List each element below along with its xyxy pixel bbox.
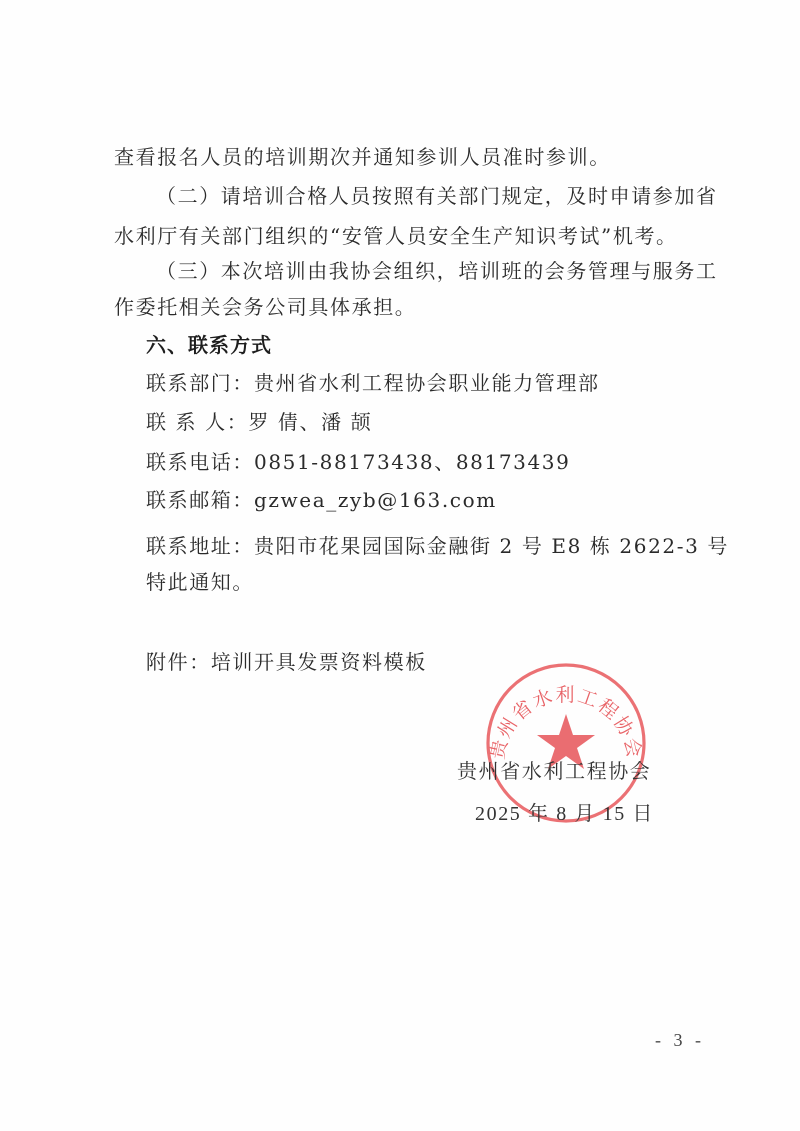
attachment-label: 附件： [146,650,211,674]
contact-person: 联 系 人：罗 倩、潘 颉 [146,410,372,434]
contact-email: 联系邮箱：gzwea_zyb@163.com [146,488,497,512]
contact-department: 联系部门：贵州省水利工程协会职业能力管理部 [146,371,600,395]
attachment-name[interactable]: 培训开具发票资料模板 [211,650,427,674]
signature-date: 2025 年 8 月 15 日 [475,802,654,826]
contact-value: 0851-88173438、88173439 [254,450,570,474]
paragraph-item-2-cont: 水利厅有关部门组织的“安管人员安全生产知识考试”机考。 [114,224,678,248]
official-seal-icon: 贵州省水利工程协会 [483,662,649,824]
paragraph-item-3-cont: 作委托相关会务公司具体承担。 [114,295,416,319]
contact-value: 贵州省水利工程协会职业能力管理部 [254,371,600,395]
contact-address: 联系地址：贵阳市花果园国际金融街 2 号 E8 栋 2622-3 号 [146,534,729,558]
signature-organization: 贵州省水利工程协会 [457,759,651,783]
contact-label: 联系部门： [146,371,254,395]
contact-label: 联 系 人： [146,410,248,434]
contact-label: 联系邮箱： [146,488,254,512]
contact-label: 联系电话： [146,450,254,474]
paragraph-item-2: （二）请培训合格人员按照有关部门规定，及时申请参加省 [156,184,718,208]
closing-text: 特此通知。 [146,570,254,594]
attachment-line: 附件：培训开具发票资料模板 [146,650,427,674]
page-number: - 3 - [655,1028,705,1052]
paragraph-continuation: 查看报名人员的培训期次并通知参训人员准时参训。 [114,145,611,169]
contact-value: 贵阳市花果园国际金融街 2 号 E8 栋 2622-3 号 [254,534,729,558]
contact-value: 罗 倩、潘 颉 [248,410,372,434]
document-page: 查看报名人员的培训期次并通知参训人员准时参训。 （二）请培训合格人员按照有关部门… [0,0,800,1131]
contact-value[interactable]: gzwea_zyb@163.com [254,488,497,512]
contact-label: 联系地址： [146,534,254,558]
section-heading-contact: 六、联系方式 [146,333,272,357]
contact-phone: 联系电话：0851-88173438、88173439 [146,450,570,474]
paragraph-item-3: （三）本次培训由我协会组织，培训班的会务管理与服务工 [156,259,718,283]
